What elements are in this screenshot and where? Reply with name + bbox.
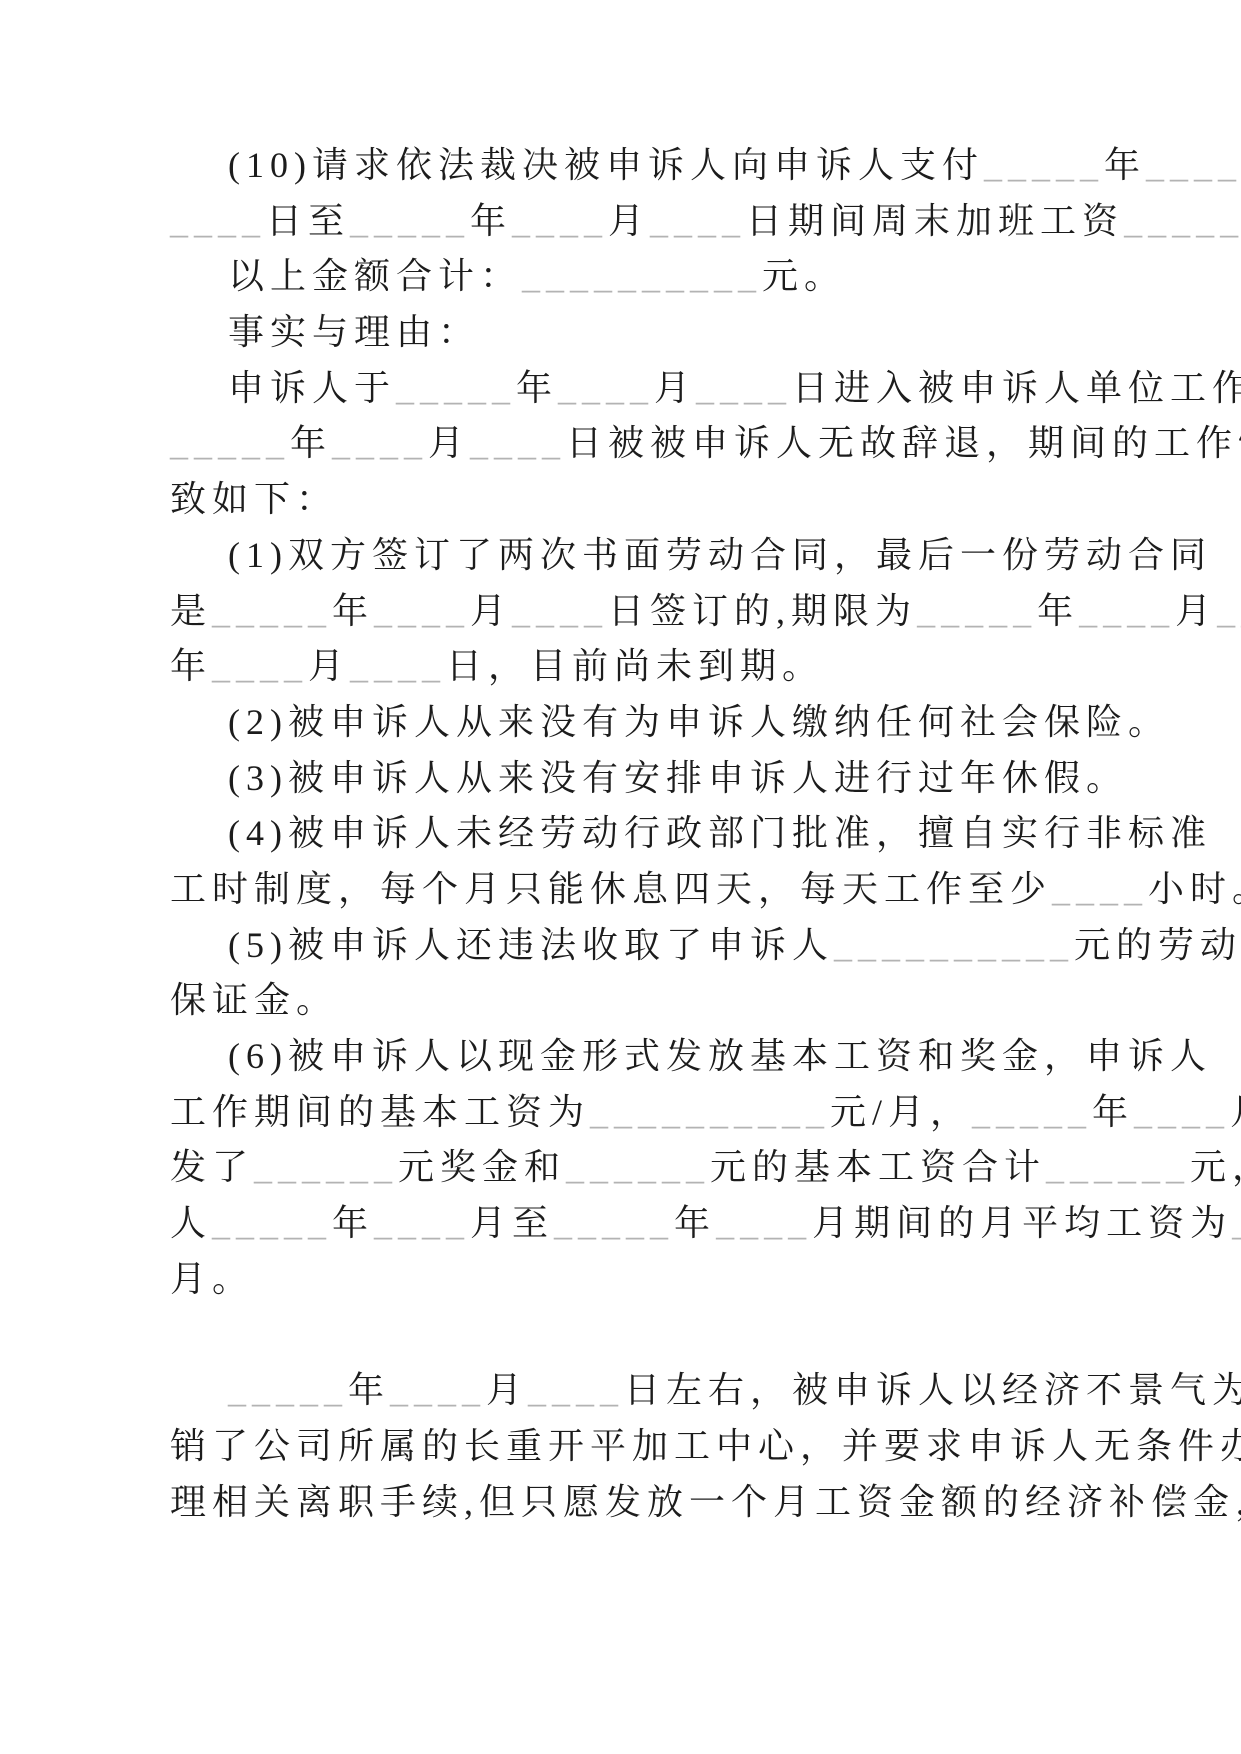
- document-line: (2)被申诉人从来没有为申诉人缴纳任何社会保险。: [170, 695, 1080, 751]
- text-run: 年: [1092, 1092, 1134, 1132]
- fill-in-blank: ____: [350, 646, 446, 686]
- document-line: (6)被申诉人以现金形式发放基本工资和奖金，申诉人: [170, 1029, 1080, 1085]
- text-run: 月: [470, 591, 512, 631]
- text-run: 发了: [170, 1147, 254, 1187]
- document-line: 保证金。: [170, 973, 1080, 1029]
- text-run: 年: [290, 423, 332, 463]
- fill-in-blank: ____: [716, 1203, 812, 1243]
- fill-in-blank: _____: [554, 1203, 674, 1243]
- text-run: 元/月，: [830, 1092, 972, 1132]
- document-line: ____日至_____年____月____日期间周末加班工资_____元。: [170, 194, 1080, 250]
- fill-in-blank: ____: [650, 201, 746, 241]
- text-run: 工作期间的基本工资为: [170, 1092, 590, 1132]
- text-run: 销了公司所属的长重开平加工中心，并要求申诉人无条件办: [170, 1426, 1241, 1466]
- document-line: 理相关离职手续,但只愿发放一个月工资金额的经济补偿金，: [170, 1475, 1080, 1531]
- fill-in-blank: ____: [332, 423, 428, 463]
- fill-in-blank: ____: [212, 646, 308, 686]
- fill-in-blank: ______: [1232, 1203, 1241, 1243]
- text-run: 日被被申诉人无故辞退，期间的工作情况大: [566, 423, 1241, 463]
- text-run: 月: [608, 201, 650, 241]
- fill-in-blank: _____: [984, 145, 1104, 185]
- document-line: 是_____年____月____日签订的,期限为_____年____月____日…: [170, 584, 1080, 640]
- text-run: (4)被申诉人未经劳动行政部门批准，擅自实行非标准: [228, 813, 1212, 853]
- fill-in-blank: __________: [522, 256, 762, 296]
- fill-in-blank: ____: [512, 591, 608, 631]
- document-line: 事实与理由：: [170, 305, 1080, 361]
- document-line: _____年____月____日被被申诉人无故辞退，期间的工作情况大: [170, 416, 1080, 472]
- text-run: (5)被申诉人还违法收取了申诉人: [228, 925, 834, 965]
- text-run: 日左右，被申诉人以经济不景气为由撤: [624, 1370, 1241, 1410]
- fill-in-blank: ____: [696, 368, 792, 408]
- text-run: 月: [654, 368, 696, 408]
- text-run: 年: [1104, 145, 1146, 185]
- text-run: 元的劳动: [1074, 925, 1241, 965]
- fill-in-blank: _____: [1124, 201, 1241, 241]
- fill-in-blank: __________: [834, 925, 1074, 965]
- text-run: 月期间的月平均工资为: [812, 1203, 1232, 1243]
- text-run: 年: [674, 1203, 716, 1243]
- text-run: 月至: [470, 1203, 554, 1243]
- text-run: (10)请求依法裁决被申诉人向申诉人支付: [228, 145, 984, 185]
- fill-in-blank: ______: [254, 1147, 398, 1187]
- fill-in-blank: ____: [528, 1370, 624, 1410]
- text-run: 年: [470, 201, 512, 241]
- fill-in-blank: _____: [972, 1092, 1092, 1132]
- fill-in-blank: _____: [917, 591, 1037, 631]
- fill-in-blank: _____: [212, 1203, 332, 1243]
- document-line: 人_____年____月至_____年____月期间的月平均工资为______元…: [170, 1196, 1080, 1252]
- text-run: 年: [332, 1203, 374, 1243]
- fill-in-blank: __________: [590, 1092, 830, 1132]
- text-run: 理相关离职手续,但只愿发放一个月工资金额的经济补偿金，: [170, 1482, 1241, 1522]
- document-line: _____年____月____日左右，被申诉人以经济不景气为由撤: [170, 1363, 1080, 1419]
- text-run: (2)被申诉人从来没有为申诉人缴纳任何社会保险。: [228, 702, 1170, 742]
- text-run: 是: [170, 591, 212, 631]
- document-line: (4)被申诉人未经劳动行政部门批准，擅自实行非标准: [170, 806, 1080, 862]
- document-line: 发了______元奖金和______元的基本工资合计______元，申诉: [170, 1140, 1080, 1196]
- fill-in-blank: ____: [1134, 1092, 1230, 1132]
- text-run: 人: [170, 1203, 212, 1243]
- fill-in-blank: ____: [1079, 591, 1175, 631]
- fill-in-blank: ____: [1052, 869, 1148, 909]
- fill-in-blank: _____: [1146, 145, 1241, 185]
- document-line: 申诉人于_____年____月____日进入被申诉人单位工作的，: [170, 361, 1080, 417]
- text-run: 工时制度，每个月只能休息四天，每天工作至少: [170, 869, 1052, 909]
- fill-in-blank: ____: [374, 1203, 470, 1243]
- fill-in-blank: _____: [170, 423, 290, 463]
- text-run: 元，申诉: [1190, 1147, 1241, 1187]
- document-line: (3)被申诉人从来没有安排申诉人进行过年休假。: [170, 751, 1080, 807]
- text-run: 元奖金和: [398, 1147, 566, 1187]
- text-run: 月: [1230, 1092, 1241, 1132]
- text-run: 日期间周末加班工资: [746, 201, 1124, 241]
- fill-in-blank: ____: [512, 201, 608, 241]
- fill-in-blank: ______: [1046, 1147, 1190, 1187]
- text-run: (1)双方签订了两次书面劳动合同，最后一份劳动合同: [228, 535, 1212, 575]
- text-run: 年: [516, 368, 558, 408]
- text-run: 月。: [170, 1259, 254, 1299]
- text-run: 元的基本工资合计: [710, 1147, 1046, 1187]
- fill-in-blank: _____: [212, 591, 332, 631]
- document-line: 工时制度，每个月只能休息四天，每天工作至少____小时。: [170, 862, 1080, 918]
- fill-in-blank: _____: [228, 1370, 348, 1410]
- text-run: 月: [428, 423, 470, 463]
- document-line: 月。: [170, 1252, 1080, 1308]
- fill-in-blank: ____: [170, 201, 266, 241]
- document-line: 年____月____日，目前尚未到期。: [170, 639, 1080, 695]
- fill-in-blank: ____: [374, 591, 470, 631]
- document-line: (10)请求依法裁决被申诉人向申诉人支付_____年_____月: [170, 138, 1080, 194]
- text-run: 年: [170, 646, 212, 686]
- document-line: 致如下：: [170, 472, 1080, 528]
- text-run: 日进入被申诉人单位工作的，: [792, 368, 1241, 408]
- document-line: (5)被申诉人还违法收取了申诉人__________元的劳动: [170, 918, 1080, 974]
- fill-in-blank: ____: [1217, 591, 1241, 631]
- fill-in-blank: ______: [566, 1147, 710, 1187]
- text-run: 致如下：: [170, 479, 338, 519]
- fill-in-blank: ____: [390, 1370, 486, 1410]
- text-run: 小时。: [1148, 869, 1241, 909]
- fill-in-blank: ____: [470, 423, 566, 463]
- text-run: (3)被申诉人从来没有安排申诉人进行过年休假。: [228, 758, 1128, 798]
- text-run: 日签订的,期限为: [608, 591, 917, 631]
- text-run: 年: [1037, 591, 1079, 631]
- text-run: 保证金。: [170, 980, 338, 1020]
- fill-in-blank: _____: [396, 368, 516, 408]
- text-run: 事实与理由：: [228, 312, 480, 352]
- text-run: 元。: [762, 256, 846, 296]
- text-run: 月: [486, 1370, 528, 1410]
- text-run: 申诉人于: [228, 368, 396, 408]
- text-run: 月: [308, 646, 350, 686]
- fill-in-blank: _____: [350, 201, 470, 241]
- text-run: 日至: [266, 201, 350, 241]
- text-run: 年: [332, 591, 374, 631]
- text-run: 日，目前尚未到期。: [446, 646, 824, 686]
- document-line: 销了公司所属的长重开平加工中心，并要求申诉人无条件办: [170, 1419, 1080, 1475]
- blank-line: [170, 1307, 1080, 1363]
- document-body: (10)请求依法裁决被申诉人向申诉人支付_____年_____月____日至__…: [170, 138, 1080, 1530]
- text-run: 以上金额合计：: [228, 256, 522, 296]
- document-line: 工作期间的基本工资为__________元/月，_____年____月___还: [170, 1085, 1080, 1141]
- text-run: 年: [348, 1370, 390, 1410]
- text-run: 月: [1175, 591, 1217, 631]
- fill-in-blank: ____: [558, 368, 654, 408]
- document-line: 以上金额合计：__________元。: [170, 249, 1080, 305]
- document-page: (10)请求依法裁决被申诉人向申诉人支付_____年_____月____日至__…: [0, 0, 1241, 1754]
- document-line: (1)双方签订了两次书面劳动合同，最后一份劳动合同: [170, 528, 1080, 584]
- text-run: (6)被申诉人以现金形式发放基本工资和奖金，申诉人: [228, 1036, 1212, 1076]
